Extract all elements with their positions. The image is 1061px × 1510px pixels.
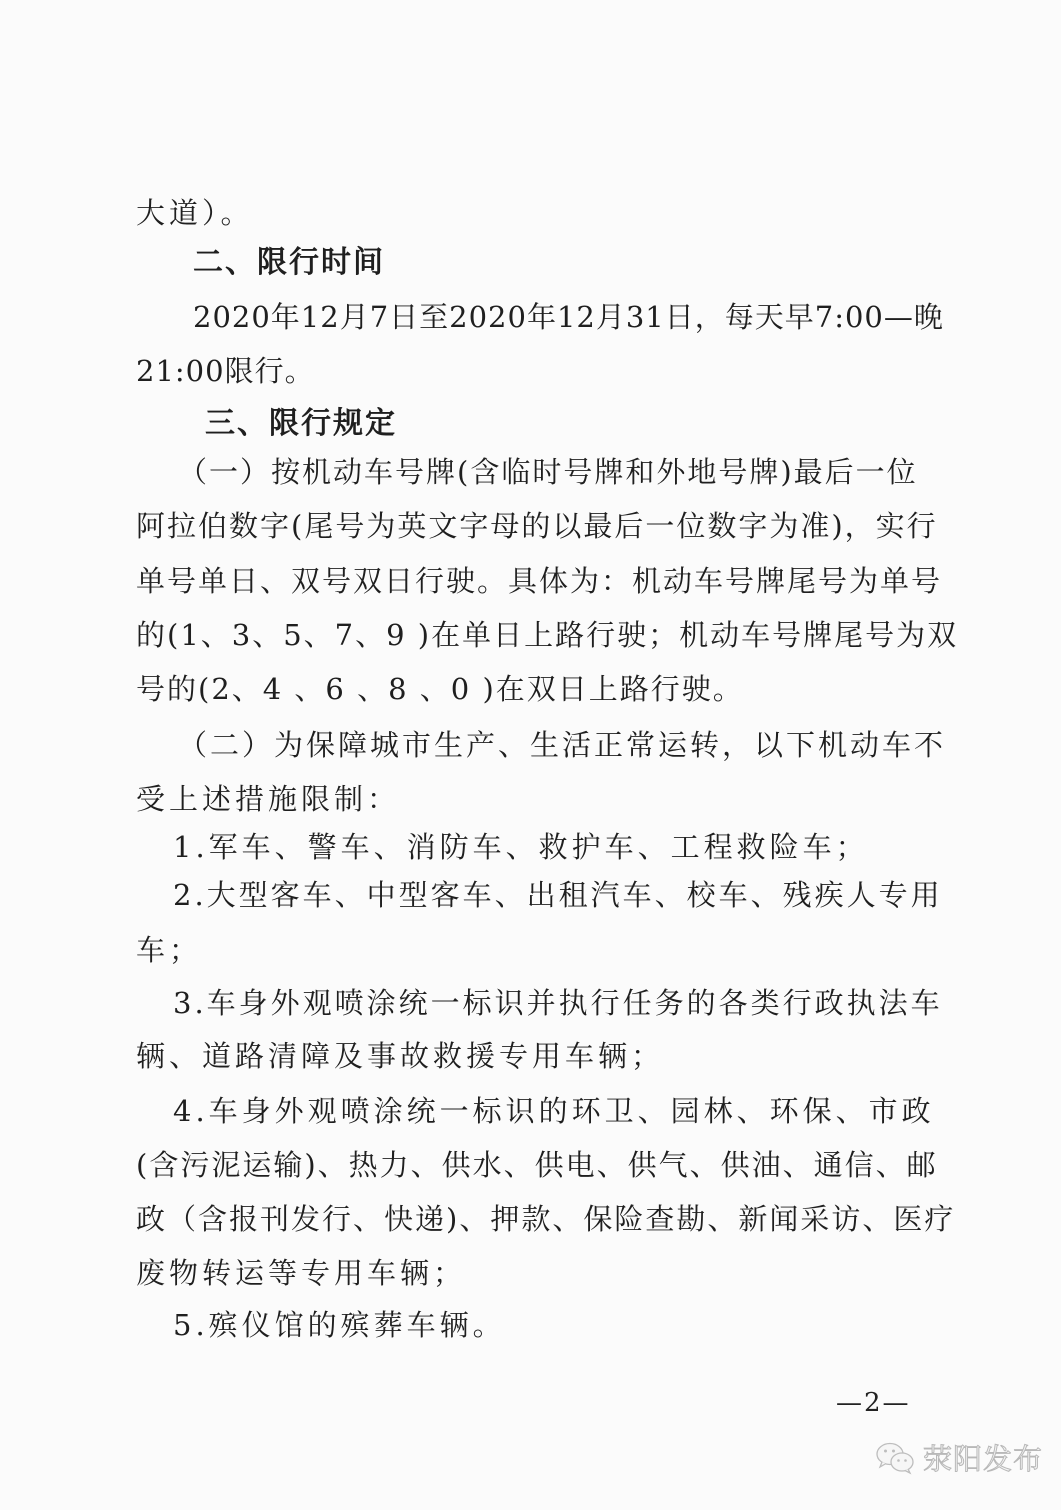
body-line: 大道）。 [136,195,254,231]
list-item: 5.殡仪馆的殡葬车辆。 [173,1307,506,1343]
page-number: —2— [836,1388,911,1418]
list-item: 3.车身外观喷涂统一标识并执行任务的各类行政执法车 [173,985,943,1021]
body-line: 号的(2、4 、6 、8 、0 )在双日上路行驶。 [136,671,744,707]
list-item: 1.军车、警车、消防车、救护车、工程救险车； [173,829,869,865]
body-line: 政（含报刊发行、快递)、押款、保险查勘、新闻采访、医疗 [136,1201,955,1237]
document-page: 大道）。 二、限行时间 2020年12月7日至2020年12月31日，每天早7:… [0,0,1061,1510]
section-heading-time: 二、限行时间 [193,245,385,281]
list-item: 2.大型客车、中型客车、出租汽车、校车、残疾人专用 [173,877,943,913]
body-line: 单号单日、双号双日行驶。具体为：机动车号牌尾号为单号 [136,563,942,599]
body-line: 废物转运等专用车辆； [136,1255,466,1291]
wechat-icon [875,1441,917,1475]
body-line: （二）为保障城市生产、生活正常运转，以下机动车不 [178,727,946,763]
body-line: 受上述措施限制： [136,781,400,817]
body-line: 2020年12月7日至2020年12月31日，每天早7:00—晚 [193,299,944,335]
body-line: 阿拉伯数字(尾号为英文字母的以最后一位数字为准)，实行 [136,508,938,544]
body-line: 21:00限行。 [136,353,315,389]
body-line: 车； [136,932,202,968]
watermark-text: 荥阳发布 [923,1437,1043,1478]
body-line: 辆、道路清障及事故救援专用车辆； [136,1038,664,1074]
body-line: 的(1、3、5、7、9 )在单日上路行驶；机动车号牌尾号为双 [136,617,958,653]
body-line: （一）按机动车号牌(含临时号牌和外地号牌)最后一位 [178,454,918,490]
list-item: 4.车身外观喷涂统一标识的环卫、园林、环保、市政 [173,1093,935,1129]
section-heading-rules: 三、限行规定 [205,406,397,442]
watermark: 荥阳发布 [875,1437,1043,1478]
body-line: (含污泥运输)、热力、供水、供电、供气、供油、通信、邮 [136,1147,938,1183]
